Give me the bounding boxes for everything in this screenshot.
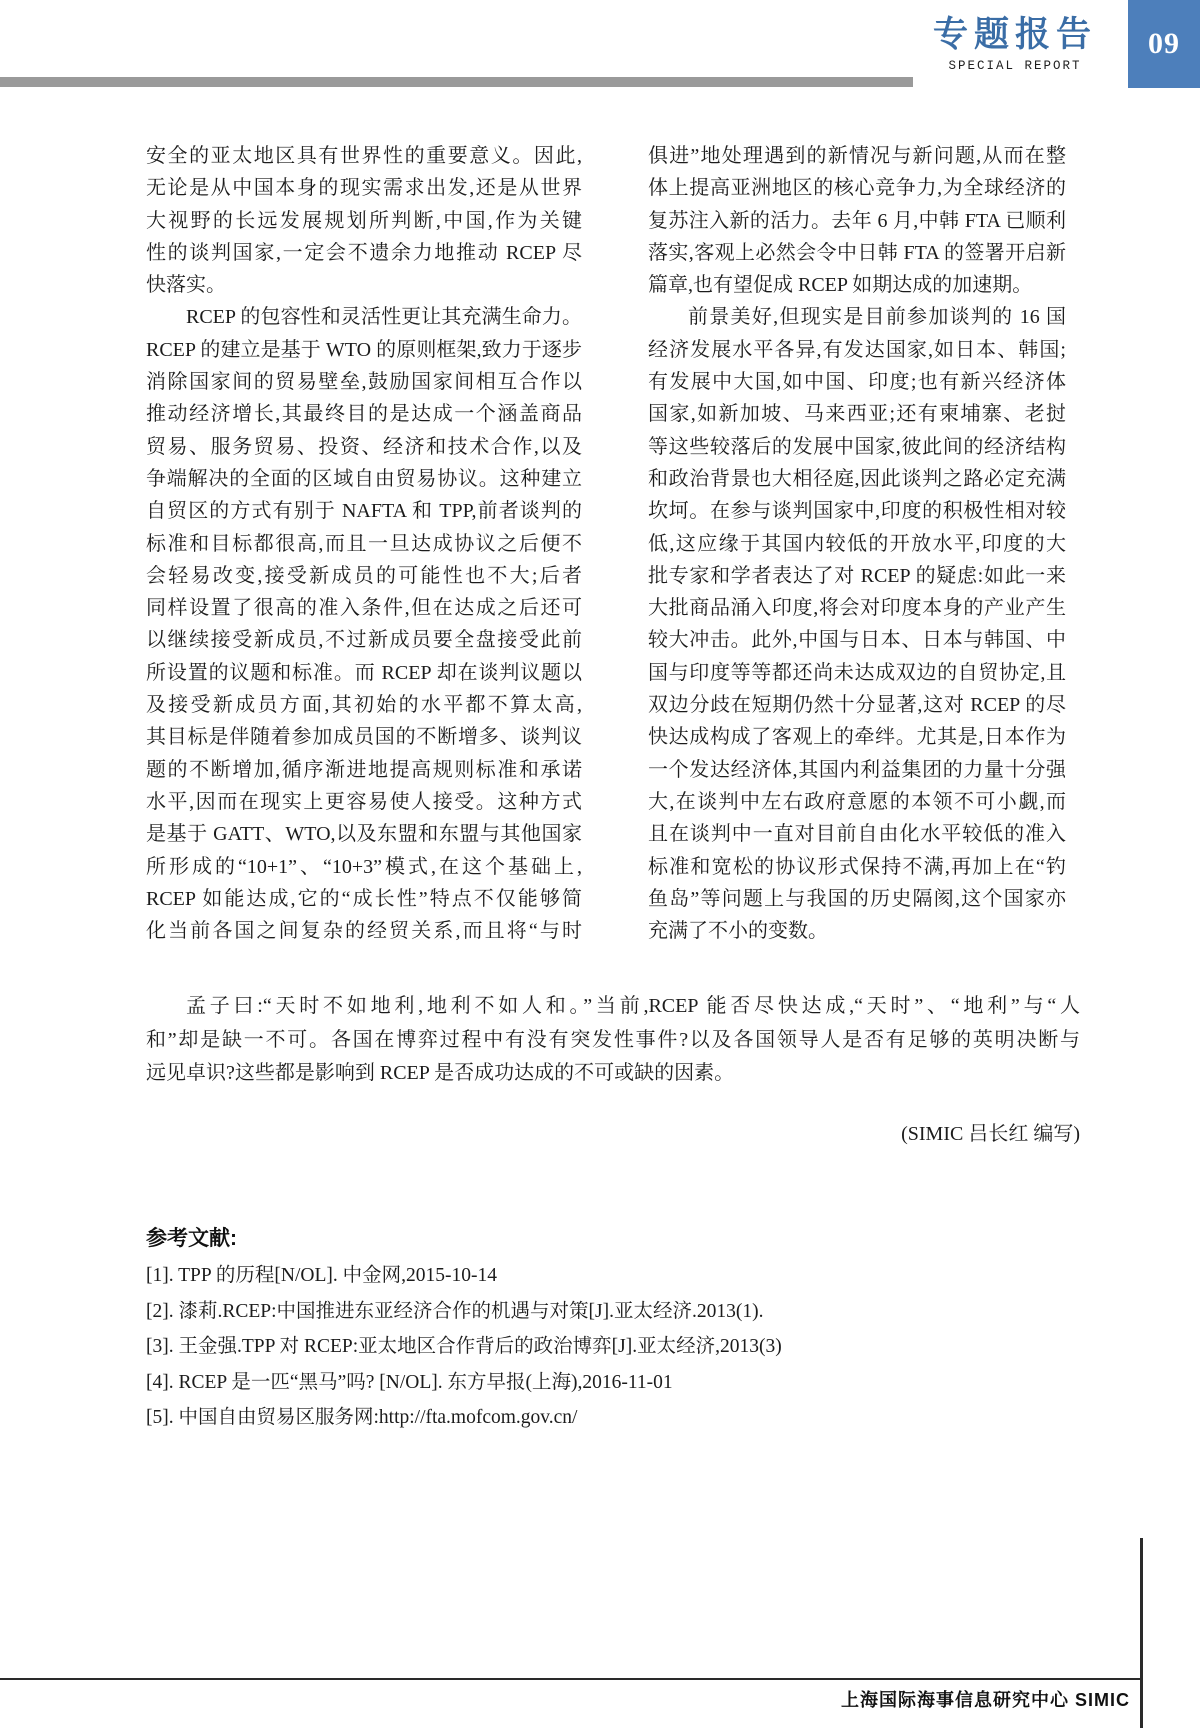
text-line: 水平,因而在现实上更容易使人接受。这种方式	[146, 786, 582, 818]
text-line: 经济发展水平各异,有发达国家,如日本、韩国;	[648, 334, 1066, 366]
text-line: 大,在谈判中左右政府意愿的本领不可小觑,而	[648, 786, 1066, 818]
page-number-badge: 09	[1128, 0, 1200, 88]
text-line: 鱼岛”等问题上与我国的历史隔阂,这个国家亦	[648, 883, 1066, 915]
text-line: 性的谈判国家,一定会不遗余力地推动 RCEP 尽	[146, 237, 582, 269]
text-line: 题的不断增加,循序渐进地提高规则标准和承诺	[146, 754, 582, 786]
text-line: 所形成的“10+1”、“10+3”模式,在这个基础上,	[146, 851, 582, 883]
text-line: 有发展中大国,如中国、印度;也有新兴经济体	[648, 366, 1066, 398]
text-line: 且在谈判中一直对目前自由化水平较低的准入	[648, 818, 1066, 850]
text-line: 以继续接受新成员,不过新成员要全盘接受此前	[146, 624, 582, 656]
article-left-column: 安全的亚太地区具有世界性的重要意义。因此, 无论是从中国本身的现实需求出发,还是…	[146, 140, 582, 947]
references-heading: 参考文献:	[146, 1222, 237, 1252]
text-line: 及接受新成员方面,其初始的水平都不算太高,	[146, 689, 582, 721]
text-line: 国与印度等等都还尚未达成双边的自贸协定,且	[648, 657, 1066, 689]
text-line: 大批商品涌入印度,将会对印度本身的产业产生	[648, 592, 1066, 624]
article-right-column: 俱进”地处理遇到的新情况与新问题,从而在整 体上提高亚洲地区的核心竞争力,为全球…	[648, 140, 1066, 947]
text-line: 大视野的长远发展规划所判断,中国,作为关键	[146, 205, 582, 237]
footer-vertical-rule	[1140, 1538, 1143, 1728]
text-line: 低,这应缘于其国内较低的开放水平,印度的大	[648, 528, 1066, 560]
text-line: 较大冲击。此外,中国与日本、日本与韩国、中	[648, 624, 1066, 656]
text-line: 所设置的议题和标准。而 RCEP 却在谈判议题以	[146, 657, 582, 689]
page-subtitle: SPECIAL REPORT	[933, 59, 1097, 73]
footer-organization: 上海国际海事信息研究中心 SIMIC	[0, 1686, 1130, 1712]
text-line: 快达成构成了客观上的牵绊。尤其是,日本作为	[648, 721, 1066, 753]
text-line: 标准和目标都很高,而且一旦达成协议之后便不	[146, 528, 582, 560]
text-line: 同样设置了很高的准入条件,但在达成之后还可	[146, 592, 582, 624]
page-number: 09	[1148, 27, 1180, 61]
text-line: 其目标是伴随着参加成员国的不断增多、谈判议	[146, 721, 582, 753]
reference-item: [4]. RCEP 是一匹“黑马”吗? [N/OL]. 东方早报(上海),201…	[146, 1365, 1046, 1401]
reference-item: [2]. 漆莉.RCEP:中国推进东亚经济合作的机遇与对策[J].亚太经济.20…	[146, 1294, 1046, 1330]
text-line: 争端解决的全面的区域自由贸易协议。这种建立	[146, 463, 582, 495]
references-list: [1]. TPP 的历程[N/OL]. 中金网,2015-10-14 [2]. …	[146, 1258, 1046, 1436]
text-line: 快落实。	[146, 269, 582, 301]
text-line: 等这些较落后的发展中国家,彼此间的经济结构	[648, 431, 1066, 463]
text-line: 体上提高亚洲地区的核心竞争力,为全球经济的	[648, 172, 1066, 204]
text-line: 和”却是缺一不可。各国在博弈过程中有没有突发性事件?以及各国领导人是否有足够的英…	[146, 1024, 1080, 1058]
text-line: 孟子曰:“天时不如地利,地利不如人和。”当前,RCEP 能否尽快达成,“天时”、…	[146, 990, 1080, 1024]
text-line: 国家,如新加坡、马来西亚;还有柬埔寨、老挝	[648, 398, 1066, 430]
header-title-block: 专题报告 SPECIAL REPORT	[933, 16, 1097, 73]
text-line: 和政治背景也大相径庭,因此谈判之路必定充满	[648, 463, 1066, 495]
footer-rule	[0, 1678, 1142, 1680]
byline: (SIMIC 吕长红 编写)	[146, 1117, 1080, 1146]
page-title: 专题报告	[933, 16, 1097, 55]
text-line: 远见卓识?这些都是影响到 RCEP 是否成功达成的不可或缺的因素。	[146, 1057, 1080, 1091]
text-line: 自贸区的方式有别于 NAFTA 和 TPP,前者谈判的	[146, 495, 582, 527]
page: 专题报告 SPECIAL REPORT 09 安全的亚太地区具有世界性的重要意义…	[0, 0, 1200, 1733]
text-line: 会轻易改变,接受新成员的可能性也不大;后者	[146, 560, 582, 592]
text-line: 双边分歧在短期仍然十分显著,这对 RCEP 的尽	[648, 689, 1066, 721]
closing-paragraph: 孟子曰:“天时不如地利,地利不如人和。”当前,RCEP 能否尽快达成,“天时”、…	[146, 990, 1080, 1091]
text-line: RCEP 如能达成,它的“成长性”特点不仅能够简	[146, 883, 582, 915]
text-line: 复苏注入新的活力。去年 6 月,中韩 FTA 已顺利	[648, 205, 1066, 237]
text-line: 安全的亚太地区具有世界性的重要意义。因此,	[146, 140, 582, 172]
text-line: 批专家和学者表达了对 RCEP 的疑虑:如此一来	[648, 560, 1066, 592]
text-line: 坎坷。在参与谈判国家中,印度的积极性相对较	[648, 495, 1066, 527]
text-line: 充满了不小的变数。	[648, 915, 1066, 947]
reference-item: [1]. TPP 的历程[N/OL]. 中金网,2015-10-14	[146, 1258, 1046, 1294]
text-line: 一个发达经济体,其国内利益集团的力量十分强	[648, 754, 1066, 786]
text-line: 推动经济增长,其最终目的是达成一个涵盖商品	[146, 398, 582, 430]
text-line: 贸易、服务贸易、投资、经济和技术合作,以及	[146, 431, 582, 463]
text-line: RCEP 的包容性和灵活性更让其充满生命力。	[146, 301, 582, 333]
text-line: 化当前各国之间复杂的经贸关系,而且将“与时	[146, 915, 582, 947]
header-rule	[0, 77, 913, 87]
text-line: 是基于 GATT、WTO,以及东盟和东盟与其他国家	[146, 818, 582, 850]
text-line: 无论是从中国本身的现实需求出发,还是从世界	[146, 172, 582, 204]
text-line: 篇章,也有望促成 RCEP 如期达成的加速期。	[648, 269, 1066, 301]
text-line: RCEP 的建立是基于 WTO 的原则框架,致力于逐步	[146, 334, 582, 366]
text-line: 消除国家间的贸易壁垒,鼓励国家间相互合作以	[146, 366, 582, 398]
reference-item: [5]. 中国自由贸易区服务网:http://fta.mofcom.gov.cn…	[146, 1400, 1046, 1436]
reference-item: [3]. 王金强.TPP 对 RCEP:亚太地区合作背后的政治博弈[J].亚太经…	[146, 1329, 1046, 1365]
text-line: 落实,客观上必然会令中日韩 FTA 的签署开启新	[648, 237, 1066, 269]
text-line: 前景美好,但现实是目前参加谈判的 16 国	[648, 301, 1066, 333]
text-line: 标准和宽松的协议形式保持不满,再加上在“钓	[648, 851, 1066, 883]
text-line: 俱进”地处理遇到的新情况与新问题,从而在整	[648, 140, 1066, 172]
